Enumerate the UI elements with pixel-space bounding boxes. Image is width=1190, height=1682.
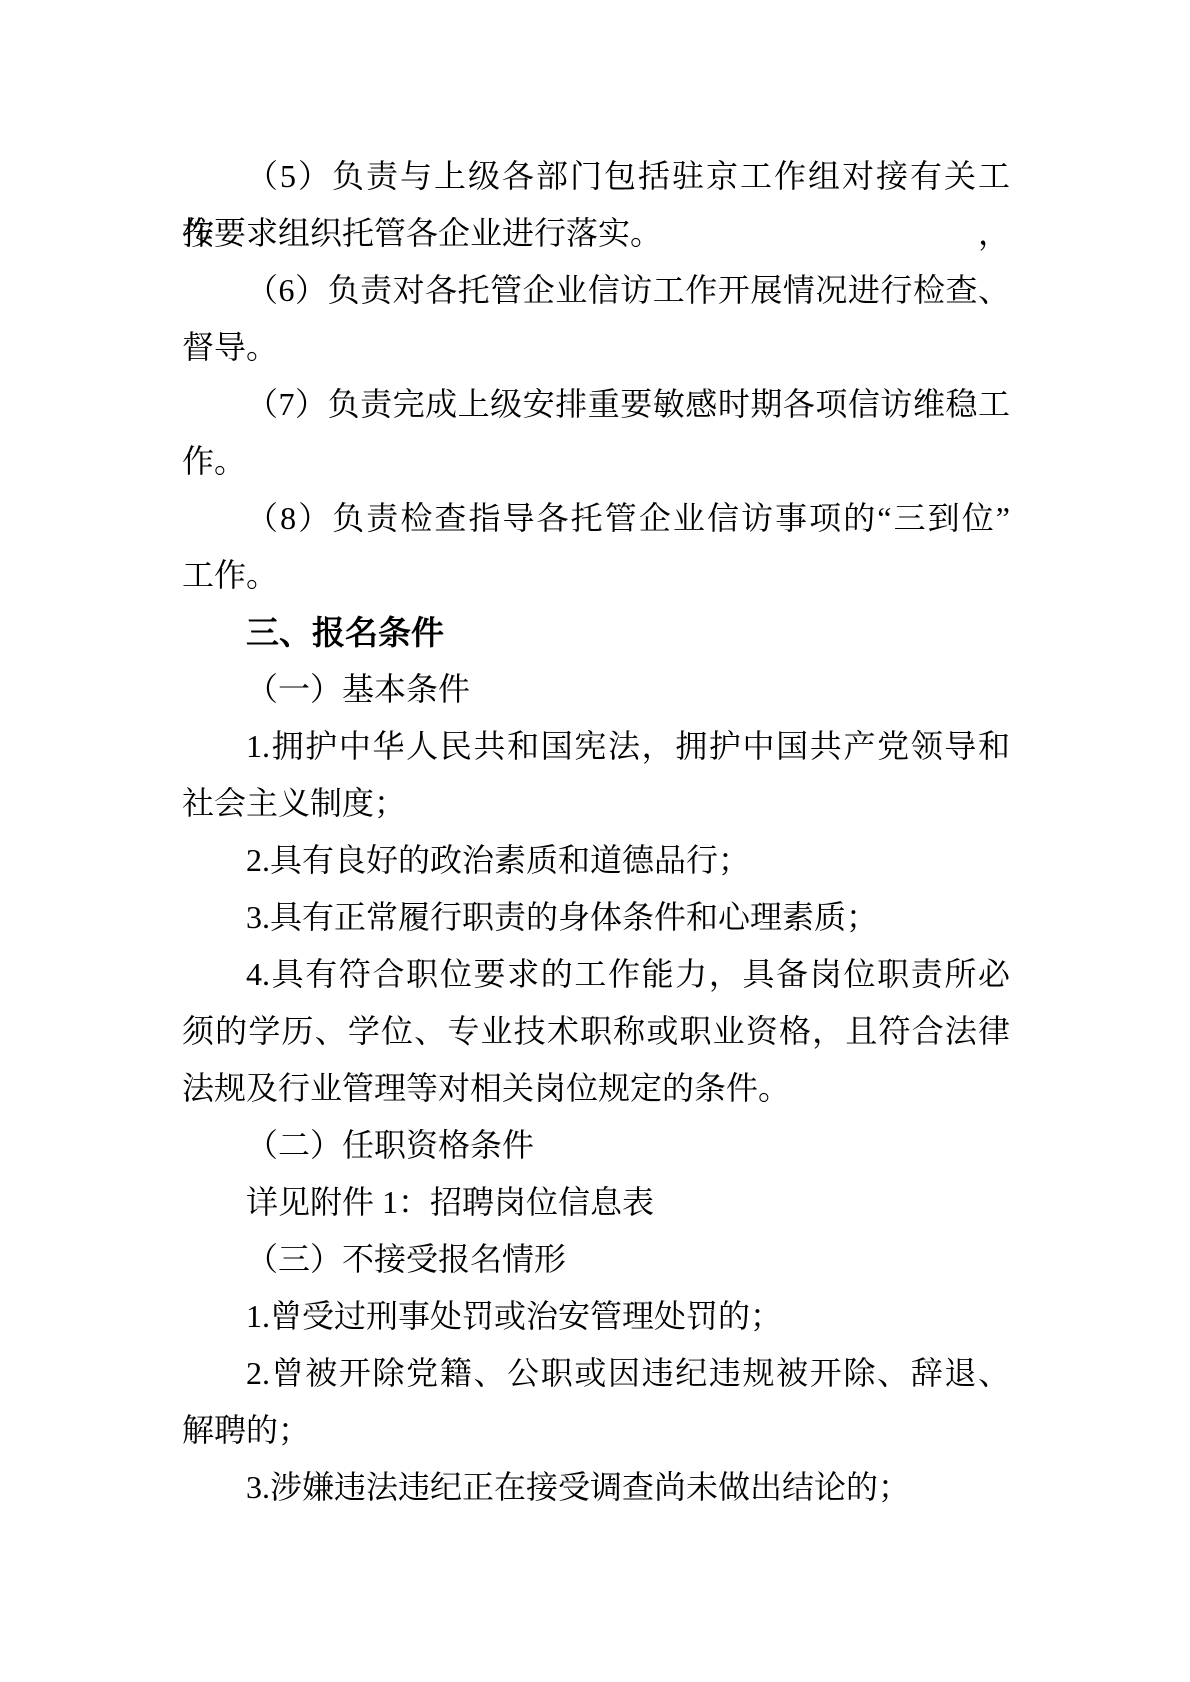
- subsection-heading: （二）任职资格条件: [182, 1117, 1010, 1174]
- text-line: 1.曾受过刑事处罚或治安管理处罚的；: [182, 1288, 1010, 1345]
- text-line: 1.拥护中华人民共和国宪法，拥护中国共产党领导和: [182, 718, 1010, 775]
- paragraph: （7）负责完成上级安排重要敏感时期各项信访维稳工 作。: [182, 376, 1010, 490]
- text-line: 社会主义制度；: [182, 775, 1010, 832]
- text-line: 解聘的；: [182, 1402, 1010, 1459]
- paragraph: 1.拥护中华人民共和国宪法，拥护中国共产党领导和 社会主义制度；: [182, 718, 1010, 832]
- paragraph: 1.曾受过刑事处罚或治安管理处罚的；: [182, 1288, 1010, 1345]
- text-line: 法规及行业管理等对相关岗位规定的条件。: [182, 1060, 1010, 1117]
- document-content: （5）负责与上级各部门包括驻京工作组对接有关工作， 按要求组织托管各企业进行落实…: [0, 0, 1190, 1516]
- text-line: （5）负责与上级各部门包括驻京工作组对接有关工作，: [182, 148, 1010, 205]
- paragraph: 详见附件 1：招聘岗位信息表: [182, 1174, 1010, 1231]
- paragraph: 2.具有良好的政治素质和道德品行；: [182, 832, 1010, 889]
- section-heading: 三、报名条件: [182, 604, 1010, 661]
- paragraph: （三）不接受报名情形: [182, 1231, 1010, 1288]
- text-line: 详见附件 1：招聘岗位信息表: [182, 1174, 1010, 1231]
- text-line: 4.具有符合职位要求的工作能力，具备岗位职责所必: [182, 946, 1010, 1003]
- paragraph: （5）负责与上级各部门包括驻京工作组对接有关工作， 按要求组织托管各企业进行落实…: [182, 148, 1010, 262]
- text-line: 2.具有良好的政治素质和道德品行；: [182, 832, 1010, 889]
- paragraph: 4.具有符合职位要求的工作能力，具备岗位职责所必 须的学历、学位、专业技术职称或…: [182, 946, 1010, 1117]
- text-line: 工作。: [182, 547, 1010, 604]
- paragraph: 2.曾被开除党籍、公职或因违纪违规被开除、辞退、 解聘的；: [182, 1345, 1010, 1459]
- text-line: 2.曾被开除党籍、公职或因违纪违规被开除、辞退、: [182, 1345, 1010, 1402]
- subsection-heading: （一）基本条件: [182, 661, 1010, 718]
- text-line: 作。: [182, 433, 1010, 490]
- text-line: 督导。: [182, 319, 1010, 376]
- paragraph: （6）负责对各托管企业信访工作开展情况进行检查、 督导。: [182, 262, 1010, 376]
- paragraph: 3.涉嫌违法违纪正在接受调查尚未做出结论的；: [182, 1459, 1010, 1516]
- section: 三、报名条件: [182, 604, 1010, 661]
- paragraph: （8）负责检查指导各托管企业信访事项的“三到位” 工作。: [182, 490, 1010, 604]
- text-line: （6）负责对各托管企业信访工作开展情况进行检查、: [182, 262, 1010, 319]
- paragraph: 3.具有正常履行职责的身体条件和心理素质；: [182, 889, 1010, 946]
- text-line: 须的学历、学位、专业技术职称或职业资格，且符合法律: [182, 1003, 1010, 1060]
- document-page: （5）负责与上级各部门包括驻京工作组对接有关工作， 按要求组织托管各企业进行落实…: [0, 0, 1190, 1682]
- text-line: （7）负责完成上级安排重要敏感时期各项信访维稳工: [182, 376, 1010, 433]
- paragraph: （一）基本条件: [182, 661, 1010, 718]
- text-line: （8）负责检查指导各托管企业信访事项的“三到位”: [182, 490, 1010, 547]
- text-line: 3.涉嫌违法违纪正在接受调查尚未做出结论的；: [182, 1459, 1010, 1516]
- text-line: 3.具有正常履行职责的身体条件和心理素质；: [182, 889, 1010, 946]
- paragraph: （二）任职资格条件: [182, 1117, 1010, 1174]
- subsection-heading: （三）不接受报名情形: [182, 1231, 1010, 1288]
